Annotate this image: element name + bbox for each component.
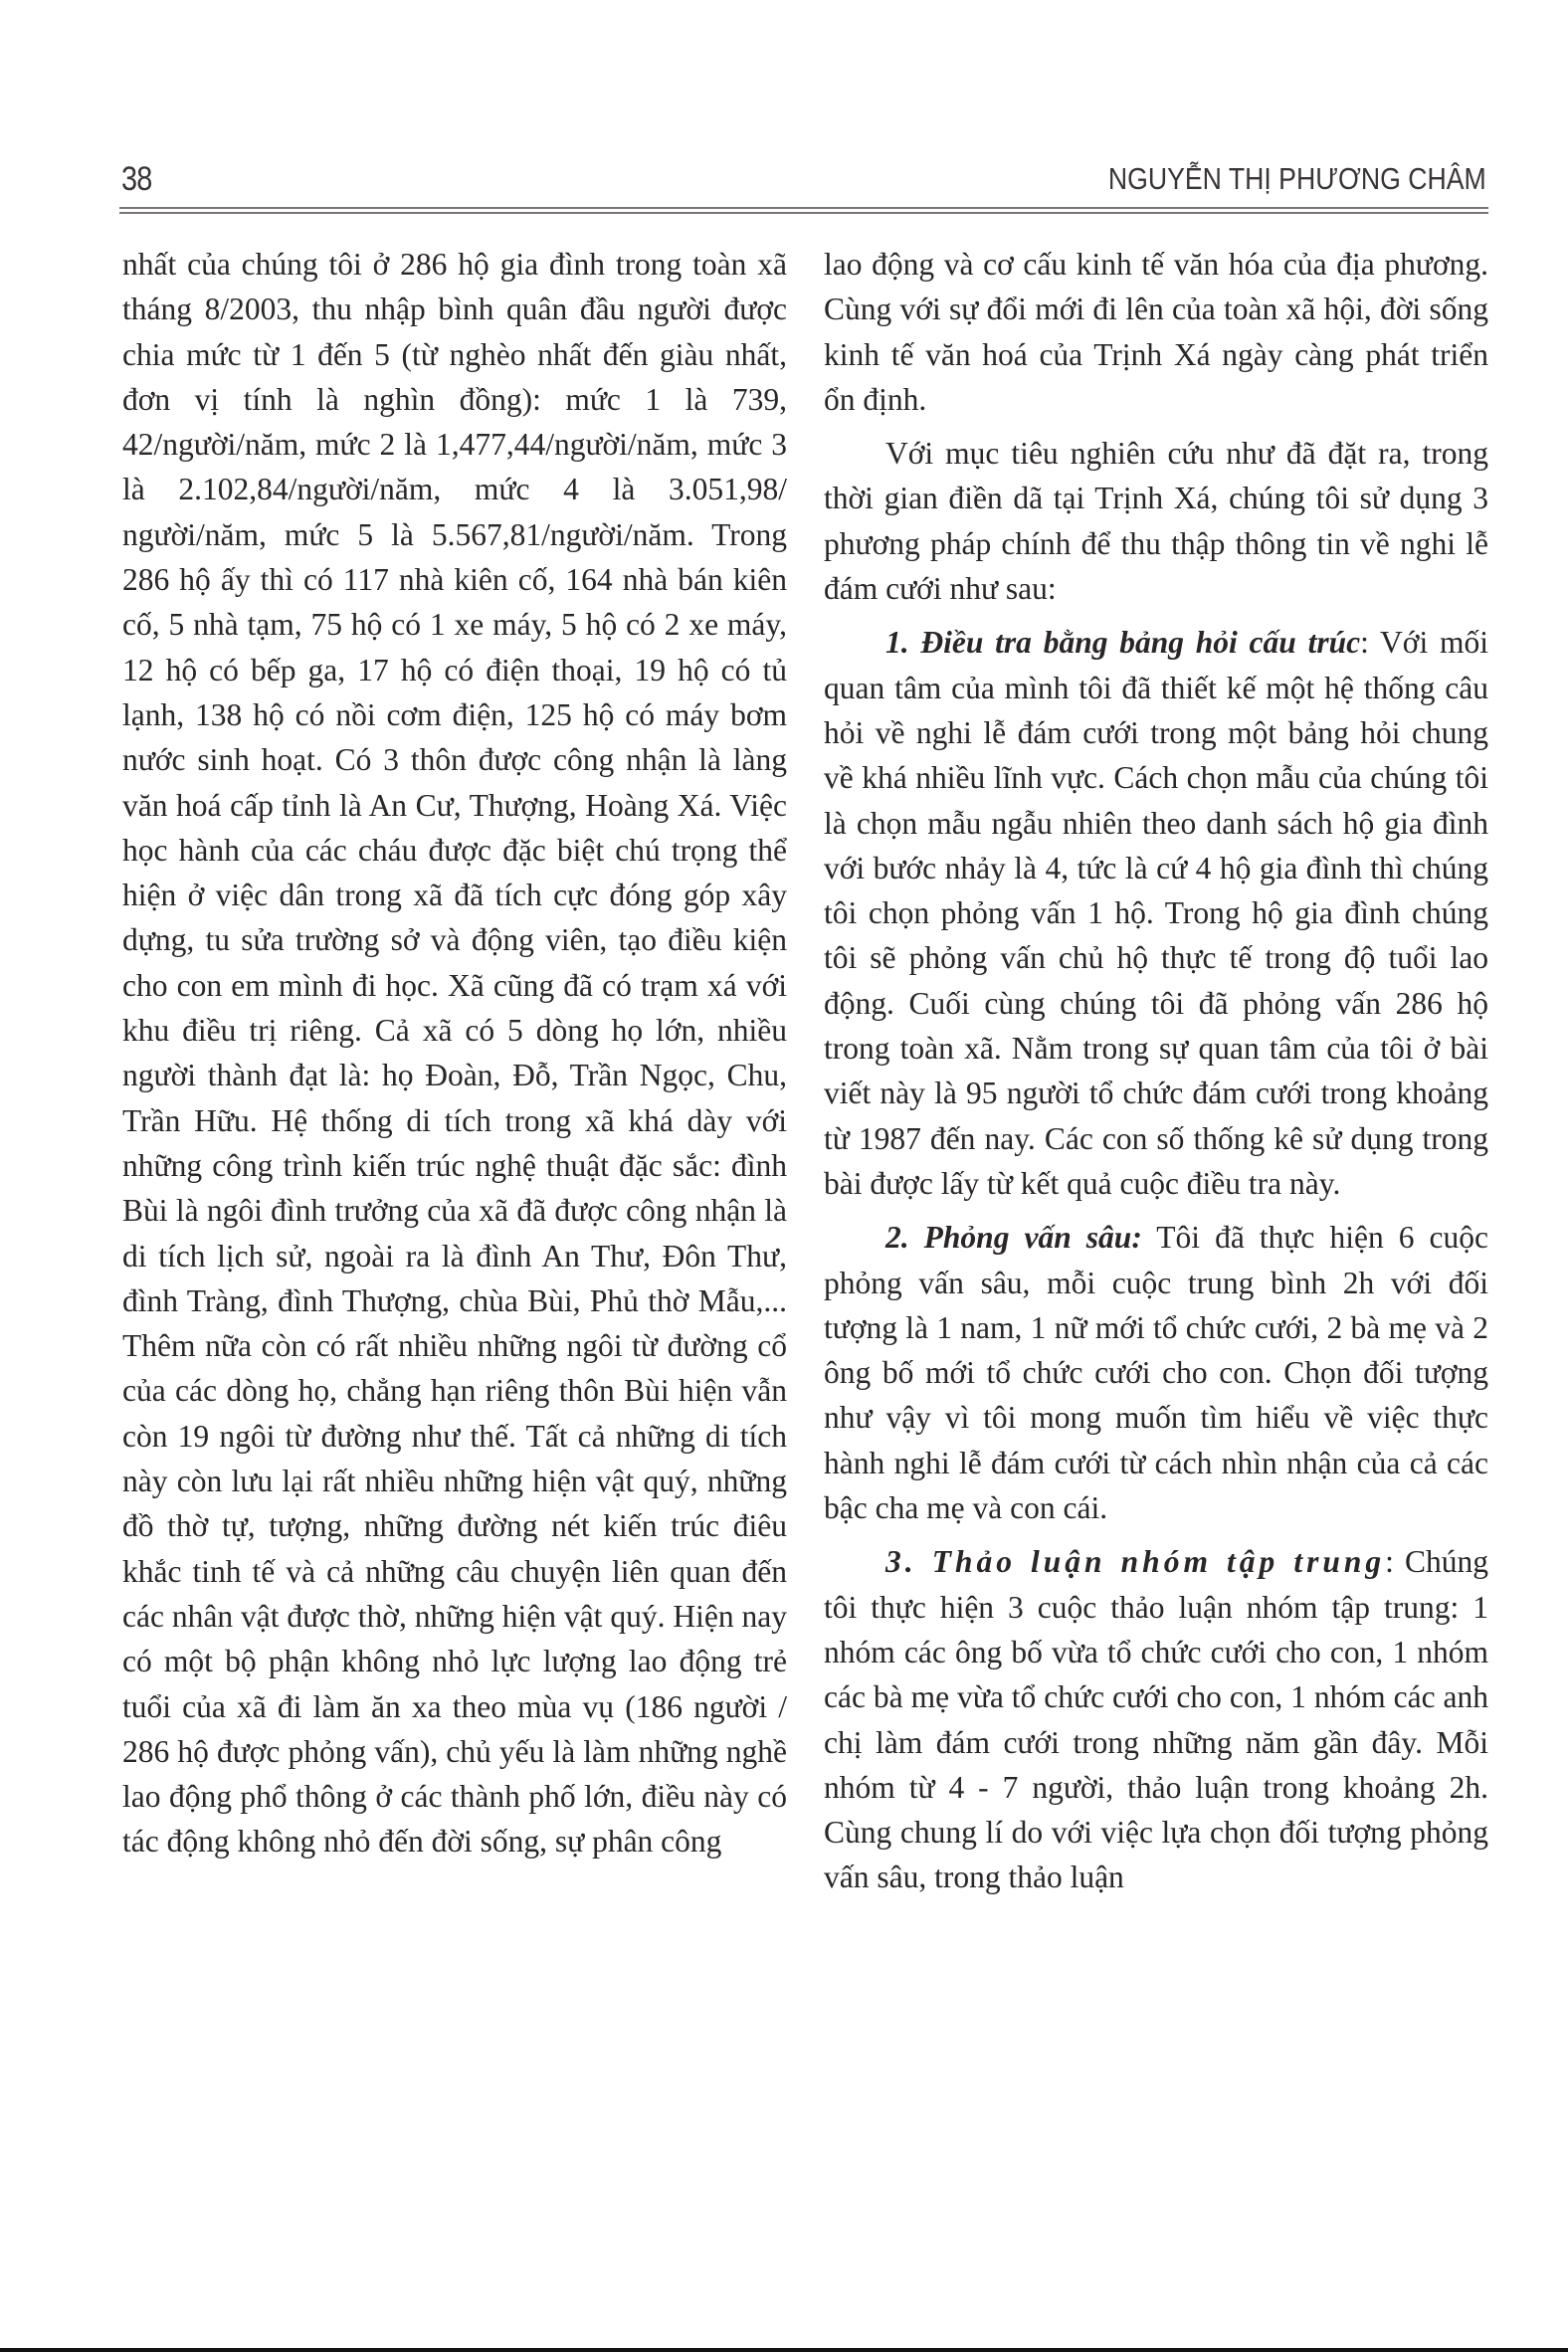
paragraph: Với mục tiêu nghiên cứu như đã đặt ra, t… bbox=[824, 431, 1488, 611]
left-column: nhất của chúng tôi ở 286 hộ gia đình tro… bbox=[122, 242, 787, 1864]
heading-colon: : bbox=[1360, 625, 1369, 660]
method-paragraph-focus-group: 3. Thảo luận nhóm tập trung: Chúng tôi t… bbox=[824, 1539, 1488, 1899]
right-column: lao động và cơ cấu kinh tế văn hóa của đ… bbox=[824, 242, 1488, 1900]
method-paragraph-survey: 1. Điều tra bằng bảng hỏi cấu trúc: Với … bbox=[824, 620, 1488, 1206]
page-number: 38 bbox=[121, 159, 151, 199]
method-heading-focus-group: 3. Thảo luận nhóm tập trung bbox=[885, 1544, 1385, 1579]
heading-colon: : bbox=[1385, 1544, 1394, 1579]
scan-bottom-edge bbox=[0, 2348, 1568, 2352]
header-double-rule bbox=[119, 207, 1488, 214]
method-body-focus-group: Chúng tôi thực hiện 3 cuộc thảo luận nhó… bbox=[824, 1544, 1488, 1894]
method-paragraph-interview: 2. Phỏng vấn sâu: Tôi đã thực hiện 6 cuộ… bbox=[824, 1215, 1488, 1530]
method-heading-survey: 1. Điều tra bằng bảng hỏi cấu trúc bbox=[885, 625, 1360, 660]
method-heading-interview: 2. Phỏng vấn sâu: bbox=[885, 1220, 1142, 1255]
page-header: 38 NGUYỄN THỊ PHƯƠNG CHÂM bbox=[121, 159, 1486, 199]
method-body-survey: Với mối quan tâm của mình tôi đã thiết k… bbox=[824, 625, 1488, 1201]
method-body-interview: Tôi đã thực hiện 6 cuộc phỏng vấn sâu, m… bbox=[824, 1220, 1488, 1525]
paragraph: nhất của chúng tôi ở 286 hộ gia đình tro… bbox=[122, 242, 787, 1864]
paragraph: lao động và cơ cấu kinh tế văn hóa của đ… bbox=[824, 242, 1488, 422]
running-head-author: NGUYỄN THỊ PHƯƠNG CHÂM bbox=[1108, 159, 1486, 199]
